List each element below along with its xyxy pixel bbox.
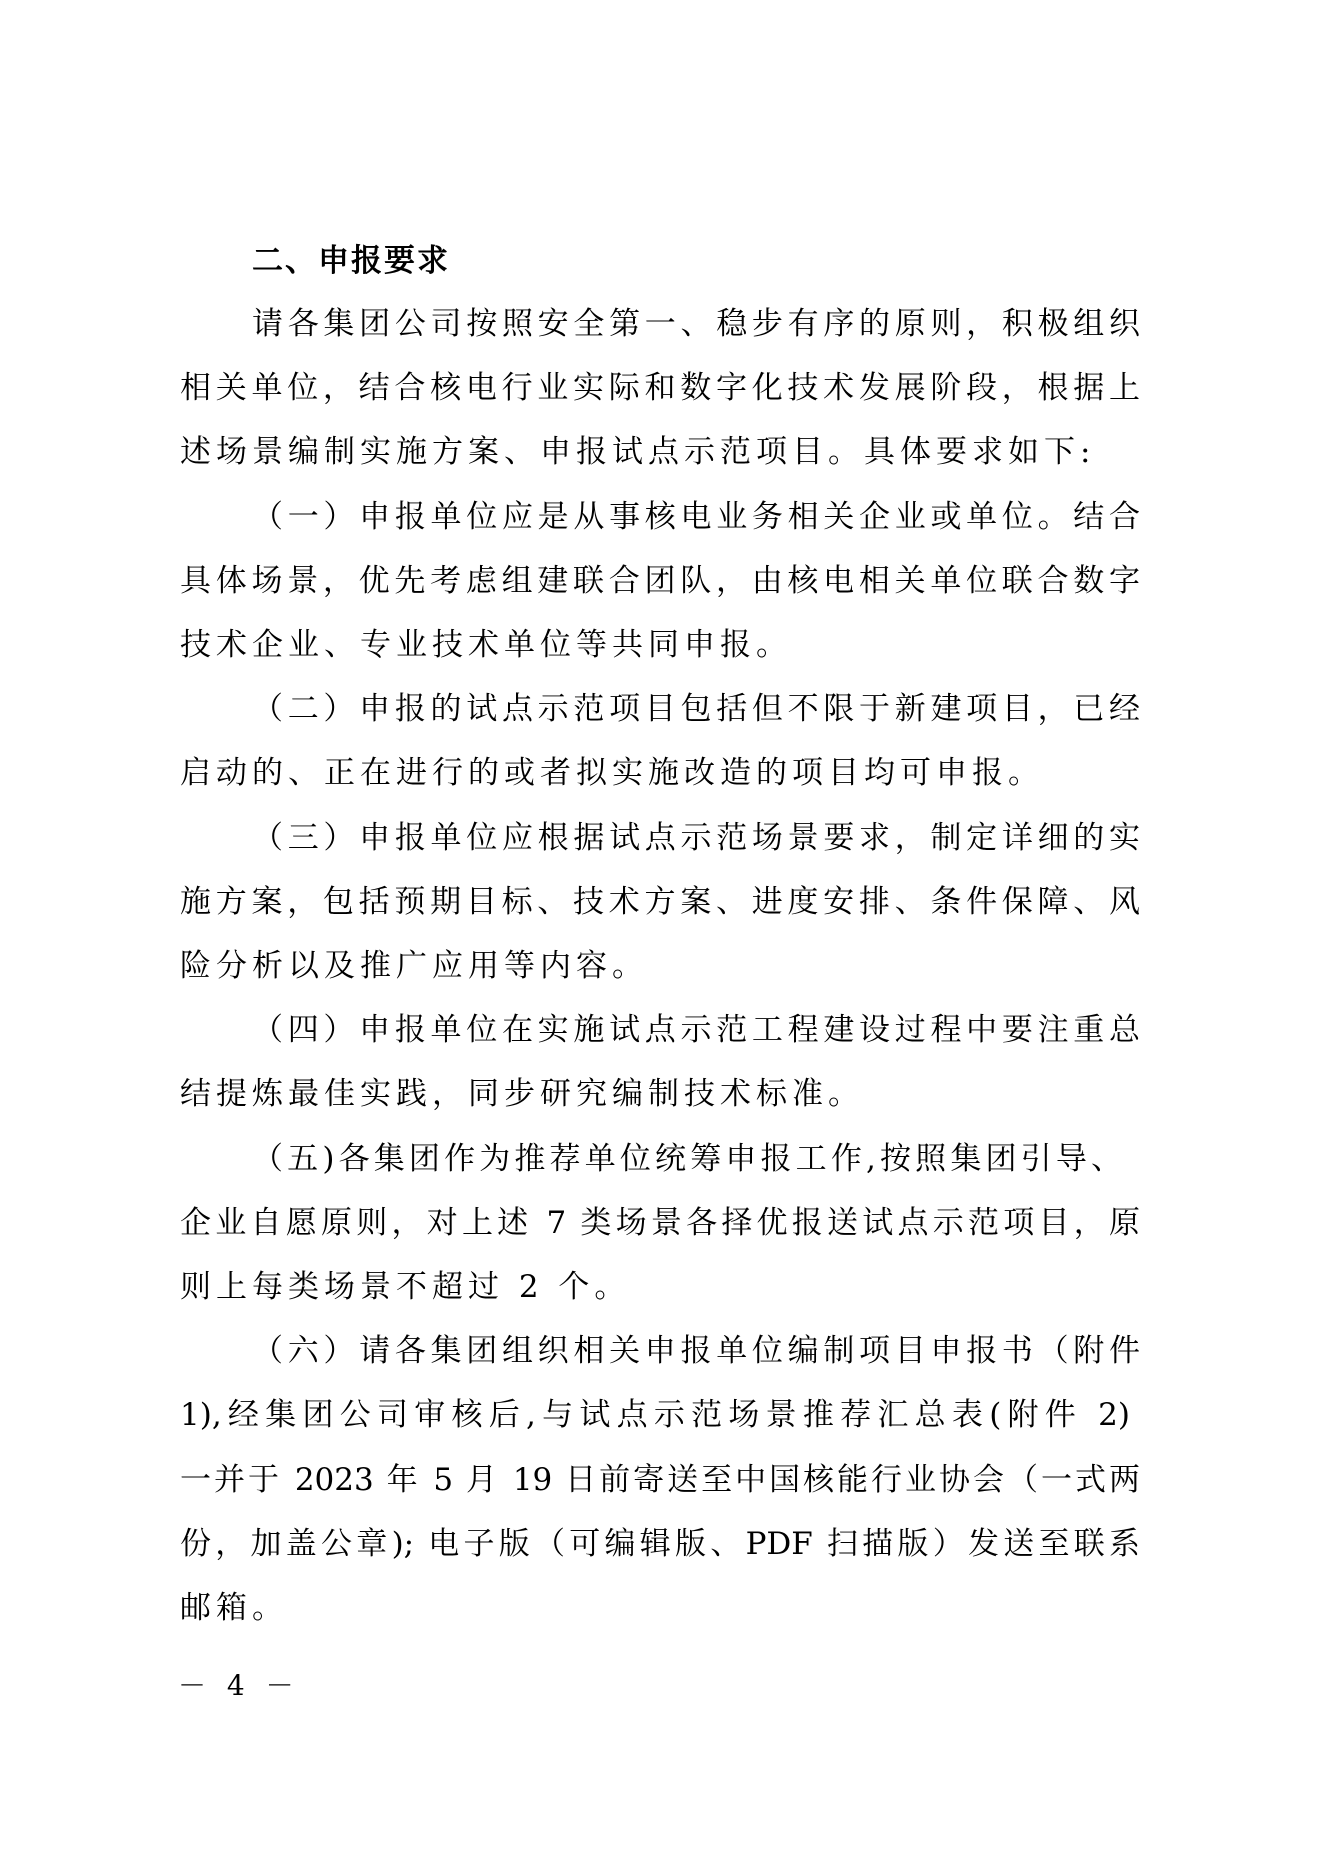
paragraph-line: 述场景编制实施方案、申报试点示范项目。具体要求如下: <box>180 432 1095 472</box>
paragraph-line: 技术企业、专业技术单位等共同申报。 <box>180 625 792 665</box>
paragraph-line: 具体场景，优先考虑组建联合团队，由核电相关单位联合数字 <box>180 561 1140 601</box>
paragraph-line: 一并于 2023 年 5 月 19 日前寄送至中国核能行业协会（一式两 <box>180 1460 1140 1500</box>
paragraph-line: 结提炼最佳实践，同步研究编制技术标准。 <box>180 1074 864 1114</box>
paragraph-line: （四）申报单位在实施试点示范工程建设过程中要注重总 <box>252 1010 1140 1050</box>
paragraph-line: 份，加盖公章); 电子版（可编辑版、PDF 扫描版）发送至联系 <box>180 1524 1140 1564</box>
paragraph-line: 险分析以及推广应用等内容。 <box>180 946 648 986</box>
paragraph-line: 施方案，包括预期目标、技术方案、进度安排、条件保障、风 <box>180 882 1140 922</box>
section-heading: 二、申报要求 <box>252 241 450 281</box>
paragraph-line: 启动的、正在进行的或者拟实施改造的项目均可申报。 <box>180 753 1044 793</box>
paragraph-line: 相关单位，结合核电行业实际和数字化技术发展阶段，根据上 <box>180 368 1140 408</box>
paragraph-line: （五)各集团作为推荐单位统筹申报工作,按照集团引导、 <box>252 1139 1122 1179</box>
paragraph-line: （三）申报单位应根据试点示范场景要求，制定详细的实 <box>252 818 1140 858</box>
paragraph-line: （一）申报单位应是从事核电业务相关企业或单位。结合 <box>252 497 1140 537</box>
paragraph-line: 邮箱。 <box>180 1588 288 1628</box>
paragraph-line: 则上每类场景不超过 2 个。 <box>180 1267 630 1307</box>
paragraph-line: （二）申报的试点示范项目包括但不限于新建项目，已经 <box>252 689 1140 729</box>
document-page: 二、申报要求 请各集团公司按照安全第一、稳步有序的原则，积极组织 相关单位，结合… <box>0 0 1323 1871</box>
paragraph-line: 请各集团公司按照安全第一、稳步有序的原则，积极组织 <box>252 304 1140 344</box>
paragraph-line: （六）请各集团组织相关申报单位编制项目申报书（附件 <box>252 1331 1140 1371</box>
paragraph-line: 1),经集团公司审核后,与试点示范场景推荐汇总表(附件 2) <box>180 1395 1130 1435</box>
page-number: － 4 － <box>178 1668 300 1704</box>
paragraph-line: 企业自愿原则，对上述 7 类场景各择优报送试点示范项目，原 <box>180 1203 1140 1243</box>
